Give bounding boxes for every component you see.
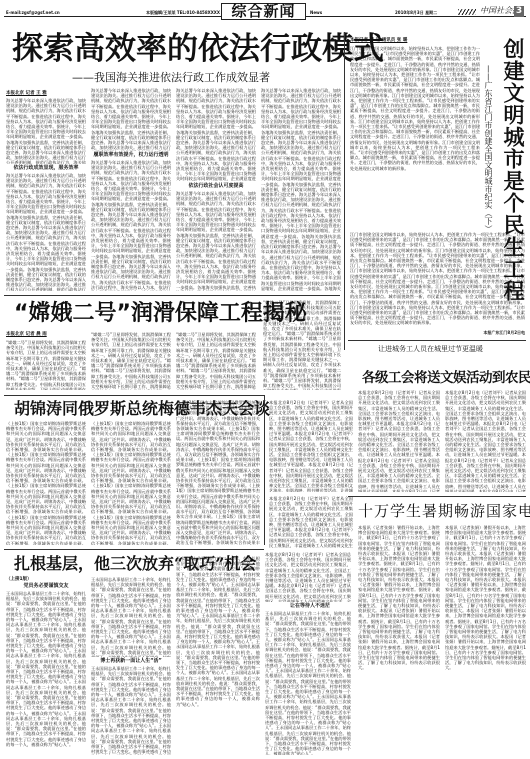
article4-body-col2: （上接1版）国家主席胡锦涛同俄罗斯总统梅德韦杰夫举行会谈。两国元首就中俄关系和共…: [91, 421, 171, 545]
article3-body-col3: “嫦娥二号”卫星即将发射，其润滑保障工程备受关注。中国航天科技集团公司五院相关专…: [176, 332, 256, 390]
article4-body-col1: （上接1版）国家主席胡锦涛同俄罗斯总统梅德韦杰夫举行会谈。两国元首就中俄关系和共…: [6, 421, 86, 545]
article4-body-col3: （上接1版）国家主席胡锦涛同俄罗斯总统梅德韦杰夫举行会谈。两国元首就中俄关系和共…: [176, 400, 260, 545]
article7-body-col1: 本报讯（记者张娟）暑假开始以来，上海世博会国家电网馆迎来大批学生参观者。据统计，…: [358, 525, 440, 755]
article1-byline: 本报北京 记者 王 雅: [6, 91, 47, 97]
article5-body-col4: 王永国同志从事基层工作二十余年，始终扎根基层，先后三次放弃调往机关的机会。他说：…: [265, 611, 351, 755]
article6-body-col1c: 本报北京8月2日电（记者刘平）记者从全国总工会获悉，各级工会将在中秋、国庆期间开…: [265, 552, 351, 602]
article5-body-col2: 王永国同志从事基层工作二十余年，始终扎根基层，先后三次放弃调往机关的机会。他说：…: [91, 577, 171, 657]
article1-subhead-3: 依法行政社会认可度提高: [176, 183, 256, 190]
article2-body-col2: 江门市创建全国文明城市以来，始终坚持以人为本，把创建工作作为一项民生工程来抓。“…: [350, 232, 525, 329]
section-divider: [348, 496, 526, 497]
article1-body-col3: 海关总署今年以来深入推进依法行政，加快建设法治海关。通过推行权力运行公开透明机制…: [176, 88, 256, 182]
article6-body-col1b: 本报北京8月2日电（记者刘平）记者从全国总工会获悉，各级工会将在中秋、国庆期间开…: [269, 496, 353, 548]
article1-subhead-2: 履职效率有效提升，权力运行透明: [91, 152, 171, 159]
article1-subheadline: ——我国海关推进依法行政工作成效显著: [72, 72, 270, 83]
column-divider: [344, 32, 345, 350]
article6-body-col1: 本报北京8月2日电（记者刘平）记者从全国总工会获悉，各级工会将在中秋、国庆期间开…: [269, 400, 353, 492]
section-divider: [4, 295, 340, 296]
article1-body-col1: 海关总署今年以来深入推进依法行政，加快建设法治海关。通过推行权力运行公开透明机制…: [6, 98, 86, 164]
article7-body-col2: 本报讯（记者张娟）暑假开始以来，上海世博会国家电网馆迎来大批学生参观者。据统计，…: [445, 525, 526, 755]
article1-headline: 探索高效率的依法行政模式: [12, 34, 384, 65]
article2-credit: 本报广东江门8月2日电: [400, 330, 525, 335]
article1-body-col4: 海关总署今年以来深入推进依法行政，加快建设法治海关。通过推行权力运行公开透明机制…: [261, 88, 341, 291]
article6-headline: 各级工会将送文娱活动到农民工聚集区: [362, 372, 530, 386]
section-en: News: [310, 10, 322, 15]
article1-body-col1b: 海关总署今年以来深入推进依法行政，加快建设法治海关。通过推行权力运行公开透明机制…: [6, 173, 86, 291]
article5-subhead-2: 博士再获新一面让人生“活”: [91, 658, 171, 665]
article5-body-col3: 王永国同志从事基层工作二十余年，始终扎根基层，先后三次放弃调往机关的机会。他说：…: [176, 556, 260, 755]
masthead-email: E-mail:zgsf@zgsf.net.cn: [6, 10, 60, 15]
article1-body-col2b: 海关总署今年以来深入推进依法行政，加快建设法治海关。通过推行权力运行公开透明机制…: [91, 160, 171, 291]
article5-body-col2b: 王永国同志从事基层工作二十余年，始终扎根基层，先后三次放弃调往机关的机会。他说：…: [91, 666, 171, 755]
article2-body-col1: 江门市创建全国文明城市以来，始终坚持以人为本，把创建工作作为一项民生工程来抓。“…: [350, 46, 480, 231]
section-divider: [348, 340, 526, 341]
section-divider: [4, 395, 264, 396]
page-number: 3: [514, 6, 524, 17]
article1-body-col3b: 海关总署今年以来深入推进依法行政，加快建设法治海关。通过推行权力运行公开透明机制…: [176, 191, 256, 291]
article3-byline: 本报北京 记者 晨 雨: [6, 332, 47, 338]
masthead-date: 2010年8月3日 星期二: [395, 10, 437, 15]
article5-subhead-1: 党员务必要谨慎交友: [6, 583, 86, 590]
article2-byline: 本报记者 韩 运 通讯员 张 璐: [350, 38, 407, 44]
masthead-editor-info: 本版编辑/王某某 TEL:010-8458XXXX: [146, 10, 220, 15]
article2-vertical-subtitle: ——广东省江门市创建全国文明城市纪实（下）: [483, 65, 494, 233]
masthead: E-mail:zgsf@zgsf.net.cn 本版编辑/王某某 TEL:010…: [0, 0, 530, 20]
article5-body-col1: 王永国同志从事基层工作二十余年，始终扎根基层，先后三次放弃调往机关的机会。他说：…: [6, 591, 86, 755]
article5-subhead-3: 让在等待人不迷茫: [265, 603, 355, 610]
column-divider: [264, 395, 265, 545]
article3-body-col2: “嫦娥二号”卫星即将发射，其润滑保障工程备受关注。中国航天科技集团公司五院相关专…: [91, 332, 171, 390]
section-title: 综合新闻: [221, 3, 306, 20]
section-divider: [4, 549, 264, 550]
article1-body-col2: 海关总署今年以来深入推进依法行政，加快建设法治海关。通过推行权力运行公开透明机制…: [91, 88, 171, 151]
article1-subhead-1: 依法行政成效显现，服务效率: [6, 165, 86, 172]
article7-headline: 十万学生暑期畅游国家电网馆: [358, 504, 530, 519]
article3-body-col4: “嫦娥二号”卫星即将发射，其润滑保障工程备受关注。中国航天科技集团公司五院相关专…: [263, 300, 341, 390]
article6-body-col3: 本报北京8月2日电（记者刘平）记者从全国总工会获悉，各级工会将在中秋、国庆期间开…: [445, 390, 526, 492]
article6-kicker: 让进城务工人员在城里过节更温暖: [378, 346, 483, 353]
article6-body-col2: 本报北京8月2日电（记者刘平）记者从全国总工会获悉，各级工会将在中秋、国庆期间开…: [358, 390, 440, 492]
decorative-hatch-icon: [458, 9, 476, 15]
article3-body-col1: “嫦娥二号”卫星即将发射，其润滑保障工程备受关注。中国航天科技集团公司五院相关专…: [6, 340, 86, 390]
